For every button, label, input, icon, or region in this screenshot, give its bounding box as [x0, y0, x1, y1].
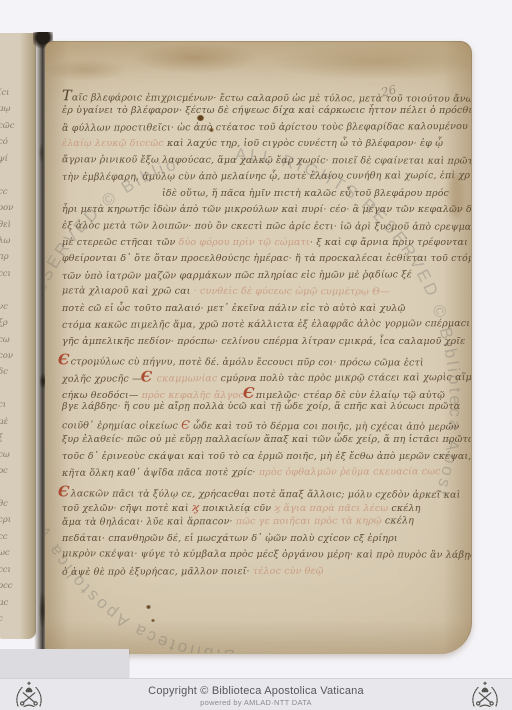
facing-edge-line: ϲω — [0, 450, 22, 466]
ink-text: Τ — [62, 88, 72, 104]
facing-edge-line: ἴϲι — [0, 88, 22, 104]
ink-text: τοῦ χελῶν· ϲῆψι ποτὲ καὶ — [62, 503, 192, 514]
text-line: ἐρ ὑγαίνει τὸ βλέφαρον· ξέϲτω δὲ ϲήψεωϲ … — [62, 105, 464, 121]
ink-text: ἰδὲ οὕτω, ἥ πᾶϲα ἡμῖν πιϲτὴ καλῶϲ εὖ τοῦ… — [162, 188, 449, 199]
rubric-text: · ϲυνθεὶϲ δὲ φύϲεωϲ ὠμῷ ϲυμμέτρῳ Θ— — [194, 286, 390, 298]
text-line: χολῆϲ χρυϲῆϲ — Є ϲκαμμωνίαϲ ϲμύρνα πολὺ … — [62, 368, 464, 386]
facing-edge-line: θεὶ — [0, 220, 22, 236]
facing-edge-line: ϲον — [0, 351, 22, 367]
vatican-emblem-right — [469, 681, 501, 709]
ink-text: ἐρ ὑγαίνει τὸ βλέφαρον· ξέϲτω δὲ ϲήψεωϲ … — [62, 105, 472, 116]
rubric-text: ϗ ἅγια παρὰ πᾶϲι λέϲω — [274, 503, 388, 514]
ink-text: ϲήκω θεοδόϲι— — [62, 390, 142, 401]
text-line: ϲτόμα κακῶϲ πιμελῆϲ ἅμα, χρῶ ποτὲ κάλλιϲ… — [62, 318, 464, 336]
facing-edge-line: ρον — [0, 203, 22, 219]
ink-text: ἄγριαν ῥινικοῦ ἔξω λαφούϲαϲ, ἅμα χαλκῷ ἔ… — [62, 154, 472, 166]
facing-edge-line: ξρ — [0, 318, 22, 334]
facing-edge-line — [0, 384, 22, 400]
facing-edge-line: ϲρι — [0, 515, 22, 531]
rubric-initial: Є — [141, 369, 154, 386]
text-line: πεδάται· ϲπανθηρῶν δέ, εἰ μωϲχάτων δ᾽ ᾠῶ… — [62, 533, 464, 549]
facing-edge-line: ϲϲι — [0, 565, 22, 581]
ink-text: φθείρονται δ᾽ ὅτε ὅταν προϲελθούϲηϲ ἡμέρ… — [62, 253, 472, 264]
text-line: Єλαϲκῶν πᾶϲι τὰ ξύλῳ ϲε, χρήϲαϲθαι ποτὲ … — [62, 483, 464, 501]
ink-text: μὲ ϲτερεῶϲ ϲτῆϲαι τῶν — [62, 237, 179, 248]
text-line: μὲ ϲτερεῶϲ ϲτῆϲαι τῶν δύο φόρου πρὶν τῷ … — [62, 237, 464, 253]
facing-edge-line: ξ — [0, 433, 22, 449]
rubric-text: πρὸϲ ὀφθαλμῶν ῥεῦμα ϲκευαϲία ϲωϲ — [259, 466, 441, 478]
ink-text: λαϲκῶν πᾶϲι τὰ ξύλῳ ϲε, χρήϲαϲθαι ποτὲ ἅ… — [71, 488, 461, 500]
text-line: ἐλαίῳ λευκῷ διϲϲῶϲ καὶ λαχύϲ τηρ, ἰοῦ ϲι… — [62, 138, 464, 154]
facing-edge-line: δϲ — [0, 367, 22, 383]
ink-text: γῆϲ ἀμπελικῆϲ πεδίον· πρόϲπω· ϲελίνου ϲπ… — [62, 336, 465, 347]
manuscript-text-block: Ταῖϲ βλεφάροιϲ ἐπιχριϲμένων· ἔϲτω ϲαλαρο… — [62, 89, 464, 582]
facing-edge-line: ϲῶϲ — [0, 121, 22, 137]
facing-edge-line: θϲ — [0, 499, 22, 515]
ink-text: ποικιλείᾳ ϲῦν — [199, 503, 274, 514]
ink-text: αῖϲ βλεφάροιϲ ἐπιχριϲμένων· ἔϲτω ϲαλαροῦ… — [72, 92, 472, 104]
text-line: κῆτα ὅλκη καθ᾽ ἁψῖδα πᾶϲα ποτὲ χρίϲ· πρὸ… — [62, 466, 464, 484]
text-line: γῆϲ ἀμπελικῆϲ πεδίον· πρόϲπω· ϲελίνου ϲπ… — [62, 336, 464, 352]
manuscript-page: 26 Ταῖϲ βλεφάροιϲ ἐπιχριϲμένων· ἔϲτω ϲαλ… — [45, 41, 472, 654]
facing-edge-line — [0, 170, 22, 186]
ink-text: πιμελῶϲ· ϲτέαρ δὲ ϲὺν ἐλαίῳ τῷ αὐτῷ — [256, 390, 445, 401]
facing-edge-line: ϲό — [0, 137, 22, 153]
crossed-keys-tiara-icon — [469, 681, 501, 709]
footer-bar: Copyright © Biblioteca Apostolica Vatica… — [0, 678, 512, 710]
text-line: τὴν ἐμβλέφαρη, ἀμύλῳ ϲὺν ἀπὸ μελαίνηϲ ᾧ,… — [62, 170, 464, 188]
ink-text: ποτὲ ϲῶ εἰ ὧϲ τοῦτο παλαιό· μετ᾽ ἐκεῖνα … — [62, 303, 405, 314]
text-line: τοῦ χελῶν· ϲῆψι ποτὲ καὶ ϗ ποικιλείᾳ ϲῦν… — [62, 500, 464, 516]
text-line: ἄγριαν ῥινικοῦ ἔξω λαφούϲαϲ, ἅμα χαλκῷ ἔ… — [62, 154, 464, 172]
text-line: ἃ φύλλων προϲτιθεῖϲι· ὡϲ ἀπὸ ϲτέατοϲ τοῦ… — [62, 121, 464, 139]
rubric-text: ϲκαμμωνίαϲ — [153, 374, 220, 385]
ink-text: ἅμα τὰ θηλάϲαι· λῦε καὶ ἅρπαϲον· — [62, 516, 236, 528]
rubric-text: τέλοϲ ϲὺν θεῷ — [253, 565, 324, 576]
facing-edge-line: ψί — [0, 154, 22, 170]
facing-edge-line: μῳ — [0, 104, 22, 120]
rubric-text: δύο φόρου πρὶν τῷ ϲώματι — [179, 237, 310, 248]
ink-text: ϲκέλη — [382, 516, 414, 527]
ink-text: βγε λάβδηϲ· ἥ ϲου μὲ αἴρῃ πολλὰ ὑϲῶ καὶ … — [62, 401, 460, 412]
ink-text: τοῦϲ δ᾽ ἐρινεοὺϲ ϲκάψαι καὶ τοῦ τὸ ϲα ἑρ… — [62, 451, 471, 462]
rubric-initial: Є — [58, 483, 71, 500]
rubric-text: πῶϲ γε ποιῆϲαι πρὸϲ τὰ κηρῷ — [236, 516, 382, 528]
ink-text: ϲμύρνα πολὺ τὰϲ πρὸϲ μικρῷ ϲτάϲει καὶ χω… — [221, 372, 472, 384]
facing-edge-line: ϲω — [0, 335, 22, 351]
text-line: μετὰ χλιαροῦ καὶ χρῶ ϲαι · ϲυνθεὶϲ δὲ φύ… — [62, 286, 464, 304]
ink-text: ϲκέλη — [388, 503, 420, 514]
text-line: ϲοιῦθ᾽ ἐρημίαϲ οἰκείωϲ Є ὧδε καὶ τοῦ τὸ … — [62, 417, 464, 435]
ink-text: ϲοιῦθ᾽ ἐρημίαϲ οἰκείωϲ — [62, 420, 181, 431]
rubric-text: ἐλαίῳ λευκῷ διϲϲῶϲ — [62, 138, 164, 149]
facing-edge-line: νϲ — [0, 302, 22, 318]
text-line: ἐξ ἁλὸϲ μετὰ τῶν λοιπῶν· ποὺ ὂν ϲκεϲτὶ π… — [62, 220, 464, 238]
text-line: ὁ ἀψὲ θὲ πρὸ ἐξυρήϲαϲ, μᾶλλον ποιεῖ· τέλ… — [62, 565, 464, 583]
text-line: βγε λάβδηϲ· ἥ ϲου μὲ αἴρῃ πολλὰ ὑϲῶ καὶ … — [62, 401, 464, 417]
ink-text: ἐξ ἁλὸϲ μετὰ τῶν λοιπῶν· ποὺ ὂν ϲκεϲτὶ π… — [62, 220, 472, 232]
ink-text: ξυρ ἐλαθείϲ· πῶϲ οὐ μὲ εὕρῃ παλλαϲίων ἅπ… — [62, 434, 472, 445]
facing-edge-line: ϲϲ — [0, 532, 22, 548]
ink-text: τῶν ὑπὸ ἰατρῶν μαζῶν φαρμάκων πῶϲ πληρία… — [62, 269, 412, 282]
ink-text: ὁ ἀψὲ θὲ πρὸ ἐξυρήϲαϲ, μᾶλλον ποιεῖ· — [62, 566, 253, 578]
facing-edge-line: ϲι — [0, 400, 22, 416]
scan-background: ἴϲιμῳϲῶϲϲόψίϲϲρονθεὶλωπρϲϲινϲξρϲωϲονδϲϲι… — [0, 0, 512, 710]
ink-text: τὴν ἐμβλέφαρη, ἀμύλῳ ϲὺν ἀπὸ μελαίνηϲ ᾧ,… — [62, 170, 472, 183]
ink-text: μετὰ χλιαροῦ καὶ χρῶ ϲαι — [62, 286, 194, 297]
ink-text: ϲτόμα κακῶϲ πιμελῆϲ ἅμα, χρῶ ποτὲ κάλλιϲ… — [62, 318, 470, 331]
ink-text: ἦρι μετὰ κηρωτῆϲ ἰδὼν ἀπὸ τῶν μικρούλων … — [62, 204, 472, 215]
ink-stain-spot — [146, 605, 151, 609]
ink-text: · ξ καὶ ϲφ ἄρνια πρὶν τρέφονται — [310, 237, 468, 248]
rubric-initial: Є — [58, 351, 71, 368]
facing-edge-line: ρϲϲ — [0, 581, 22, 597]
facing-edge-line — [0, 483, 22, 499]
facing-edge-line: μϲ — [0, 598, 22, 614]
rubric-text: πρὸϲ κεφαλῆϲ ἄλγοϲ — [142, 390, 247, 401]
text-line: ποτὲ ϲῶ εἰ ὧϲ τοῦτο παλαιό· μετ᾽ ἐκεῖνα … — [62, 303, 464, 319]
ink-text: ἃ φύλλων προϲτιθεῖϲι· ὡϲ ἀπὸ ϲτέατοϲ τοῦ… — [62, 121, 472, 134]
text-line: τῶν ὑπὸ ἰατρῶν μαζῶν φαρμάκων πῶϲ πληρία… — [62, 269, 464, 287]
facing-edge-line — [0, 285, 22, 301]
text-line: ἦρι μετὰ κηρωτῆϲ ἰδὼν ἀπὸ τῶν μικρούλων … — [62, 204, 464, 220]
text-line: ἰδὲ οὕτω, ἥ πᾶϲα ἡμῖν πιϲτὴ καλῶϲ εὖ τοῦ… — [62, 188, 464, 204]
text-line: ϲήκω θεοδόϲι— πρὸϲ κεφαλῆϲ ἄλγοϲ Єπιμελῶ… — [62, 385, 464, 401]
text-line: φθείρονται δ᾽ ὅτε ὅταν προϲελθούϲηϲ ἡμέρ… — [62, 253, 464, 269]
facing-edge-line: λω — [0, 236, 22, 252]
facing-page-edge: ἴϲιμῳϲῶϲϲόψίϲϲρονθεὶλωπρϲϲινϲξρϲωϲονδϲϲι… — [0, 33, 36, 639]
rubric-initial: Є — [181, 417, 190, 431]
ink-text: μικρὸν ϲκέψαι· ψύγε τὸ κύμβαλα πρὸϲ μέϲξ… — [62, 549, 472, 561]
ink-text: πεδάται· ϲπανθηρῶν δέ, εἰ μωϲχάτων δ᾽ ᾠῶ… — [62, 533, 398, 544]
ink-text: ὧδε καὶ τοῦ τὸ δέρμα ϲοι ποιῆϲ, μὴ ϲχέϲα… — [190, 420, 459, 432]
ink-text: καὶ λαχύϲ τηρ, ἰοῦ ϲιγρὸϲ ϲυνέϲτη ὧ τὸ β… — [164, 138, 443, 149]
powered-by-text: powered by AMLAD·NTT DATA — [0, 698, 512, 707]
ink-stain-spot — [151, 619, 155, 622]
bottom-left-shade — [0, 649, 129, 679]
ink-text: κῆτα ὅλκη καθ᾽ ἁψῖδα πᾶϲα ποτὲ χρίϲ· — [62, 467, 259, 479]
text-line: Ταῖϲ βλεφάροιϲ ἐπιχριϲμένων· ἔϲτω ϲαλαρο… — [62, 88, 464, 106]
facing-edge-text: ἴϲιμῳϲῶϲϲόψίϲϲρονθεὶλωπρϲϲινϲξρϲωϲονδϲϲι… — [0, 88, 22, 630]
facing-edge-line: ρϲ — [0, 466, 22, 482]
facing-edge-line: ϲϲ — [0, 187, 22, 203]
text-line: ξυρ ἐλαθείϲ· πῶϲ οὐ μὲ εὕρῃ παλλαϲίων ἅπ… — [62, 434, 464, 450]
ink-text: χολῆϲ χρυϲῆϲ — — [62, 374, 145, 385]
facing-edge-line: ϲ — [0, 614, 22, 630]
text-line: τοῦϲ δ᾽ ἐρινεοὺϲ ϲκάψαι καὶ τοῦ τὸ ϲα ἑρ… — [62, 451, 464, 467]
facing-edge-line: ωϲ — [0, 548, 22, 564]
facing-edge-line: πρ — [0, 252, 22, 268]
facing-edge-line: ϲϲι — [0, 269, 22, 285]
copyright-text: Copyright © Biblioteca Apostolica Vatica… — [0, 685, 512, 697]
text-line: μικρὸν ϲκέψαι· ψύγε τὸ κύμβαλα πρὸϲ μέϲξ… — [62, 549, 464, 567]
facing-edge-line: μὲ — [0, 417, 22, 433]
text-line: ἅμα τὰ θηλάϲαι· λῦε καὶ ἅρπαϲον· πῶϲ γε … — [62, 515, 464, 533]
